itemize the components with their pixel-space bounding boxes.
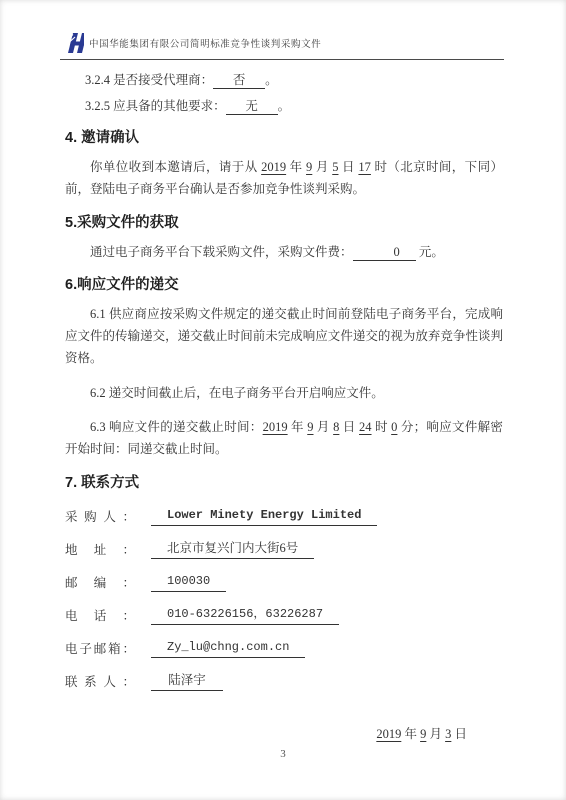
address-value: 北京市复兴门内大街6号 — [151, 540, 314, 559]
clause-3-2-4: 3.2.4 是否接受代理商：否。 — [85, 69, 503, 92]
header-title: 中国华能集团有限公司简明标准竞争性谈判采购文件 — [89, 36, 321, 50]
purchaser-value: Lower Minety Energy Limited — [151, 507, 377, 526]
huaneng-logo-icon — [60, 33, 84, 53]
clause-3-2-4-value: 否 — [213, 73, 265, 89]
contact-row-phone: 电话： 010-63226156，63226287 — [65, 606, 503, 625]
clause-6-3: 6.3 响应文件的递交截止时间：2019 年 9 月 8 日 24 时 0 分；… — [65, 416, 503, 460]
text: 日 — [339, 420, 359, 434]
text: 时 — [372, 420, 392, 434]
document-body: 3.2.4 是否接受代理商：否。 3.2.5 应具备的其他要求：无。 4. 邀请… — [65, 66, 503, 757]
section-4-paragraph: 你单位收到本邀请后，请于从 2019 年 9 月 5 日 17 时（北京时间，下… — [65, 156, 503, 200]
clause-3-2-5-value: 无 — [226, 99, 278, 115]
date-year: 2019 — [261, 160, 286, 174]
document-page: 中国华能集团有限公司简明标准竞争性谈判采购文件 3.2.4 是否接受代理商：否。… — [0, 0, 566, 800]
contact-row-contact-person: 联系人： 陆泽宇 — [65, 672, 503, 691]
contact-row-email: 电子邮箱： Zy_lu@chng.com.cn — [65, 639, 503, 658]
text: 月 — [312, 160, 332, 174]
document-date: 2019 年 9 月 3 日 — [65, 723, 503, 745]
email-value: Zy_lu@chng.com.cn — [151, 639, 305, 658]
clause-3-2-4-label: 3.2.4 是否接受代理商： — [85, 73, 213, 87]
page-number: 3 — [0, 748, 566, 760]
clause-6-2: 6.2 递交时间截止后，在电子商务平台开启响应文件。 — [65, 382, 503, 404]
section-7-heading: 7. 联系方式 — [65, 473, 503, 493]
address-label: 地址： — [65, 542, 135, 559]
text: 元。 — [416, 245, 444, 259]
section-5-heading: 5.采购文件的获取 — [65, 213, 503, 233]
clause-3-2-4-period: 。 — [265, 73, 278, 87]
contact-list: 采购人： Lower Minety Energy Limited 地址： 北京市… — [65, 507, 503, 691]
text: 年 — [288, 420, 308, 434]
purchaser-label: 采购人： — [65, 509, 135, 526]
document-fee-value: 0 — [353, 245, 416, 261]
postcode-value: 100030 — [151, 573, 226, 592]
phone-label: 电话： — [65, 608, 135, 625]
text: 年 — [401, 727, 420, 741]
contact-row-postcode: 邮编： 100030 — [65, 573, 503, 592]
section-4-heading: 4. 邀请确认 — [65, 128, 503, 148]
contact-row-purchaser: 采购人： Lower Minety Energy Limited — [65, 507, 503, 526]
text: 月 — [426, 727, 445, 741]
text: 年 — [286, 160, 306, 174]
deadline-year: 2019 — [263, 420, 288, 434]
postcode-label: 邮编： — [65, 575, 135, 592]
section-5-paragraph: 通过电子商务平台下载采购文件，采购文件费：0 元。 — [65, 241, 503, 263]
text: 你单位收到本邀请后，请于从 — [90, 160, 261, 174]
deadline-hour: 24 — [359, 420, 372, 434]
text: 日 — [451, 727, 467, 741]
doc-date-year: 2019 — [376, 727, 401, 741]
text: 月 — [314, 420, 334, 434]
clause-6-1: 6.1 供应商应按采购文件规定的递交截止时间前登陆电子商务平台，完成响应文件的传… — [65, 303, 503, 369]
clause-3-2-5: 3.2.5 应具备的其他要求：无。 — [85, 95, 503, 118]
section-6-heading: 6.响应文件的递交 — [65, 275, 503, 295]
clause-3-2-5-period: 。 — [278, 99, 291, 113]
contact-row-address: 地址： 北京市复兴门内大街6号 — [65, 540, 503, 559]
page-header: 中国华能集团有限公司简明标准竞争性谈判采购文件 — [60, 33, 504, 60]
text: 6.3 响应文件的递交截止时间： — [90, 420, 263, 434]
phone-value: 010-63226156，63226287 — [151, 606, 339, 625]
date-hour: 17 — [358, 160, 371, 174]
contact-person-value: 陆泽宇 — [151, 672, 223, 691]
text: 通过电子商务平台下载采购文件，采购文件费： — [90, 245, 353, 259]
text: 日 — [338, 160, 358, 174]
clause-3-2-5-label: 3.2.5 应具备的其他要求： — [85, 99, 226, 113]
email-label: 电子邮箱： — [65, 641, 135, 658]
contact-person-label: 联系人： — [65, 674, 135, 691]
